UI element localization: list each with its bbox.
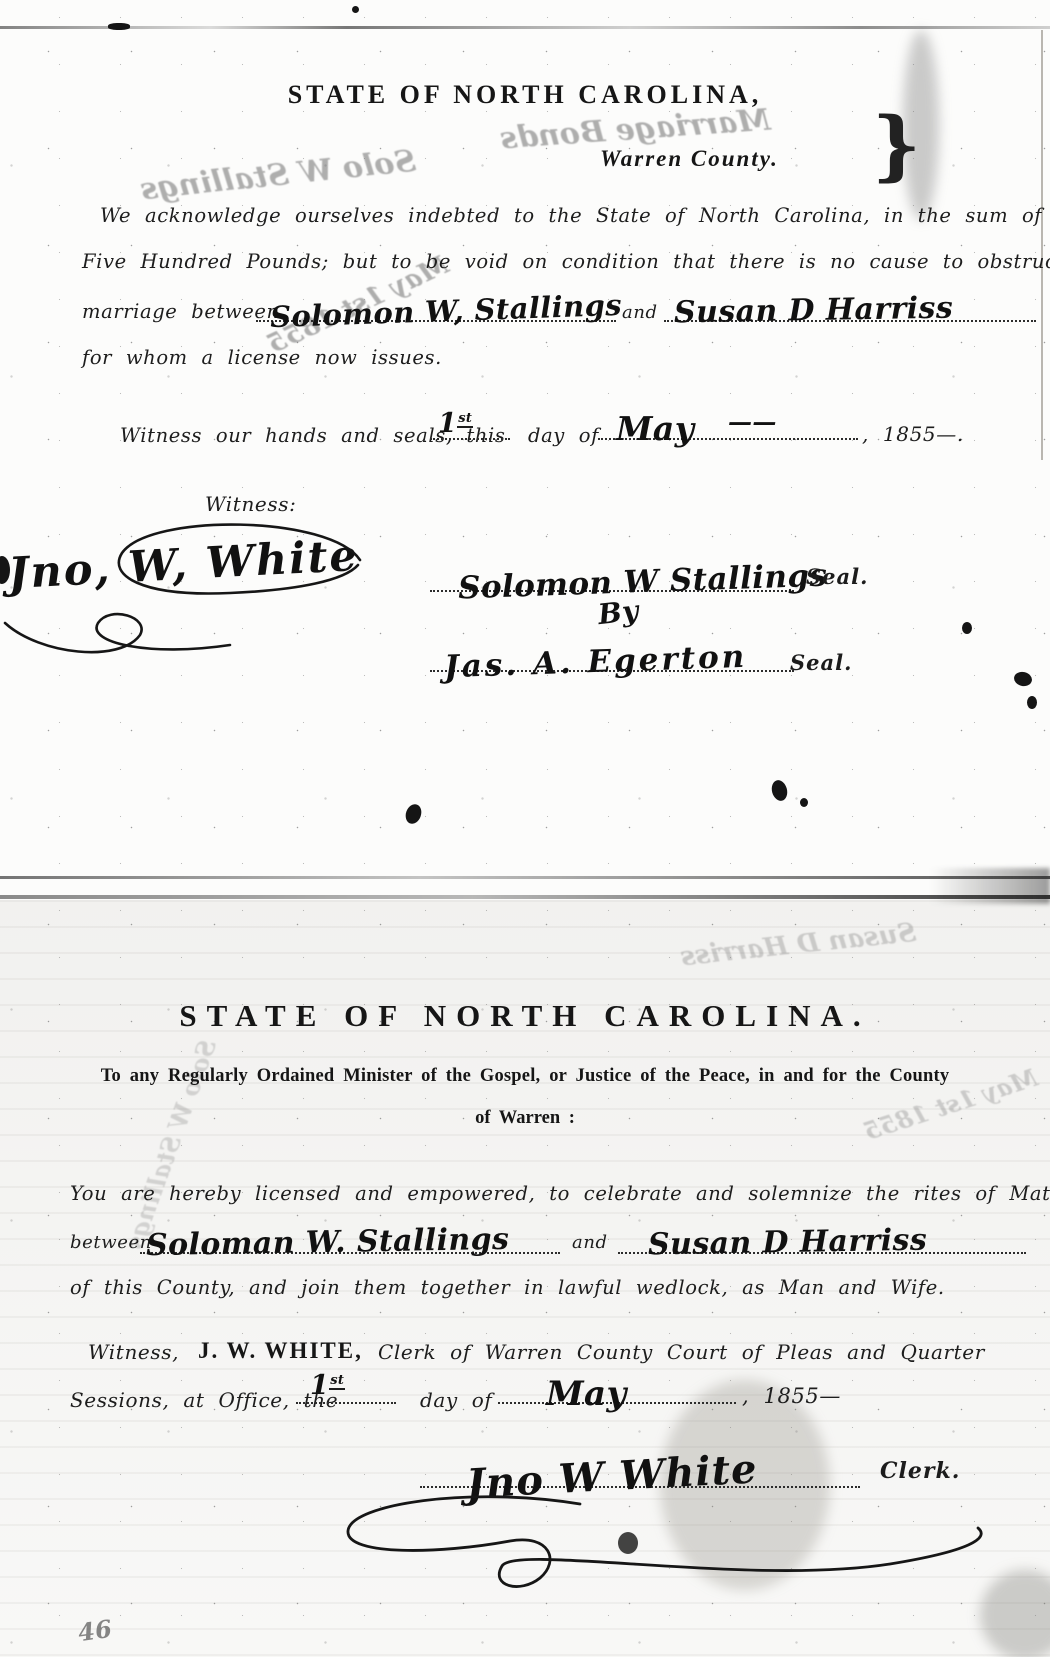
- seal-label-2: Seal.: [790, 650, 852, 675]
- scanned-marriage-bond-document: STATE OF NORTH CAROLINA, Marriage Bonds …: [0, 0, 1050, 1657]
- license-body-line-1: You are hereby licensed and empowered, t…: [70, 1182, 1050, 1205]
- bond-body-line-4: for whom a license now issues.: [82, 346, 442, 369]
- license-bride-handwritten: Susan D Harriss: [648, 1223, 928, 1263]
- bride-name-blank: Susan D Harriss: [664, 272, 1036, 322]
- license-body-line-3: of this County, and join them together i…: [70, 1276, 945, 1299]
- ink-blob: [770, 778, 790, 802]
- groom-signature-blank: Solomon W Stallings: [430, 548, 794, 592]
- groom-signature-handwritten: Solomon W Stallings: [457, 558, 827, 607]
- middle-fold-crease-1: [0, 876, 1050, 879]
- ink-blob: [403, 802, 424, 826]
- license-address-line-2: of Warren :: [0, 1108, 1050, 1129]
- license-day-blank: [296, 1374, 396, 1404]
- bond-month-handwritten: May: [616, 409, 694, 448]
- bond-marriage-between-label: marriage between: [82, 300, 280, 323]
- groom-name-blank: Solomon W, Stallings: [256, 272, 616, 322]
- license-address-line-1: To any Regularly Ordained Minister of th…: [0, 1066, 1050, 1087]
- bride-name-handwritten: Susan D Harriss: [674, 291, 954, 331]
- license-month-handwritten: May: [546, 1374, 627, 1414]
- license-day-of-label: day of: [420, 1388, 492, 1412]
- license-groom-handwritten: Soloman W. Stallings: [146, 1222, 510, 1263]
- bond-body-line-2: Five Hundred Pounds; but to be void on c…: [82, 250, 1050, 273]
- bond-year: , 1855—.: [862, 422, 964, 446]
- agent-signature-handwritten: Jas. A. Egerton: [443, 639, 747, 686]
- bond-day-blank: [430, 410, 510, 440]
- agent-signature-blank: Jas. A. Egerton: [430, 628, 794, 672]
- license-heading: STATE OF NORTH CAROLINA.: [0, 998, 1050, 1034]
- handwritten-brace: }: [872, 100, 921, 189]
- license-witness-word: Witness,: [88, 1340, 179, 1364]
- signature-flourish: [0, 505, 380, 685]
- bond-day-of-label: day of: [528, 424, 599, 447]
- ink-blob: [1027, 696, 1037, 709]
- clerk-signature-blank: Jno W White: [420, 1442, 860, 1488]
- bond-month-blank: May ——: [598, 408, 858, 440]
- ink-blob: [108, 23, 130, 30]
- clerk-signature-flourish: [330, 1486, 1030, 1616]
- license-witness-rest: Clerk of Warren County Court of Pleas an…: [378, 1340, 985, 1364]
- top-fold-crease: [0, 26, 1050, 29]
- license-year: , 1855—: [742, 1384, 841, 1408]
- margin-mark: 46: [76, 1614, 114, 1647]
- license-bride-blank: Susan D Harriss: [618, 1204, 1026, 1254]
- middle-fold-crease-2: [0, 895, 1050, 899]
- bond-county-line: Warren County.: [600, 146, 779, 172]
- groom-name-handwritten: Solomon W, Stallings: [270, 288, 623, 334]
- ink-blob: [962, 622, 972, 634]
- clerk-label: Clerk.: [880, 1458, 960, 1484]
- by-label-handwritten: By: [596, 594, 640, 631]
- license-month-blank: May: [498, 1372, 736, 1404]
- bond-and-label: and: [622, 302, 658, 323]
- bond-month-dash: ——: [728, 407, 777, 436]
- license-groom-blank: Soloman W. Stallings: [140, 1204, 560, 1254]
- bond-body-line-1: We acknowledge ourselves indebted to the…: [100, 204, 1042, 227]
- ink-blob: [352, 6, 359, 13]
- license-and-label: and: [572, 1232, 608, 1253]
- bleed-through-text: Solo W Stallings: [139, 144, 418, 208]
- fold-shadow-right: [930, 868, 1050, 904]
- license-clerk-name-caps: J. W. WHITE,: [198, 1338, 363, 1364]
- bleed-through-text: Susan D Harriss: [679, 918, 918, 973]
- seal-label-1: Seal.: [806, 564, 868, 589]
- ink-blob: [1013, 670, 1034, 687]
- ink-blob: [800, 798, 808, 807]
